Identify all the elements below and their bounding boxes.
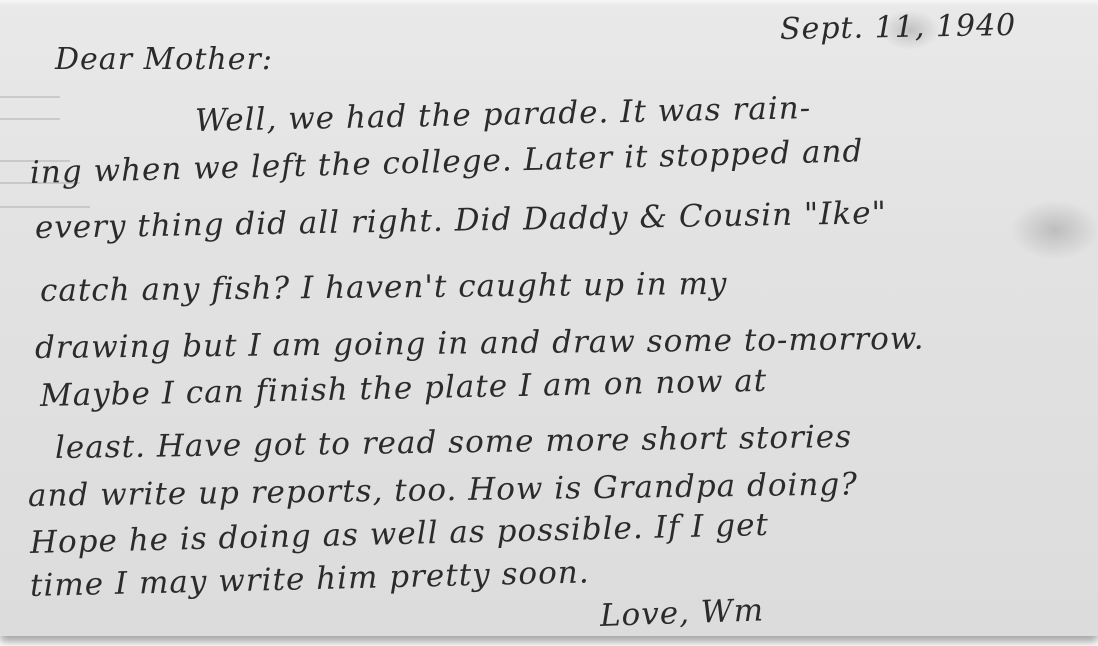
faint-ruled-line (0, 118, 60, 120)
letter-line: least. Have got to read some more short … (55, 419, 853, 466)
letter-line: Hope he is doing as well as possible. If… (30, 507, 770, 561)
letter-line: drawing but I am going in and draw some … (35, 321, 925, 366)
letter-date: Sept. 11, 1940 (780, 8, 1017, 47)
ink-smudge (1010, 200, 1098, 260)
letter-line: every thing did all right. Did Daddy & C… (35, 195, 887, 246)
faint-ruled-line (0, 96, 60, 98)
letter-signature: Love, Wm (599, 592, 764, 634)
letter-line: time I may write him pretty soon. (30, 554, 590, 604)
letter-greeting: Dear Mother: (55, 42, 273, 77)
letter-line: Maybe I can finish the plate I am on now… (40, 363, 768, 414)
faint-ruled-line (0, 206, 90, 208)
card-edge (0, 0, 1098, 6)
letter-line: ing when we left the college. Later it s… (30, 133, 864, 191)
postcard: Sept. 11, 1940 Dear Mother: Well, we had… (0, 0, 1098, 636)
letter-line: catch any fish? I haven't caught up in m… (40, 266, 728, 309)
letter-line: Well, we had the parade. It was rain- (195, 90, 812, 139)
